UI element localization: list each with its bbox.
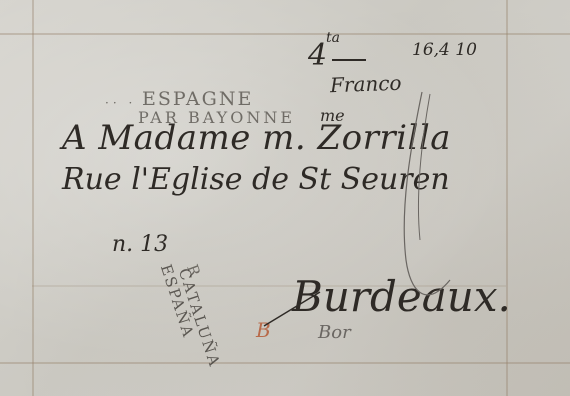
rate-superscript: ta	[326, 30, 340, 46]
fold-line-left	[32, 0, 34, 396]
rate-marking: 4	[308, 38, 327, 73]
date-note: 16,4 10	[412, 40, 477, 60]
pencil-loop-stroke	[380, 90, 460, 320]
pen-flourish	[262, 290, 322, 330]
address-superscript: me	[320, 106, 345, 125]
fold-line-bottom	[0, 362, 570, 364]
postmark-dots: ·· ·	[105, 96, 136, 110]
postmark-espagne: ESPAGNE	[142, 88, 253, 110]
pencil-note: Bor	[318, 322, 351, 343]
postal-cover: ESPAGNE PAR BAYONNE ·· · 4 ta 16,4 10 Fr…	[0, 0, 570, 396]
rate-underline	[332, 59, 366, 61]
fold-line-right	[506, 0, 508, 396]
fold-line-top	[0, 33, 570, 35]
address-line-3: n. 13	[112, 232, 168, 257]
